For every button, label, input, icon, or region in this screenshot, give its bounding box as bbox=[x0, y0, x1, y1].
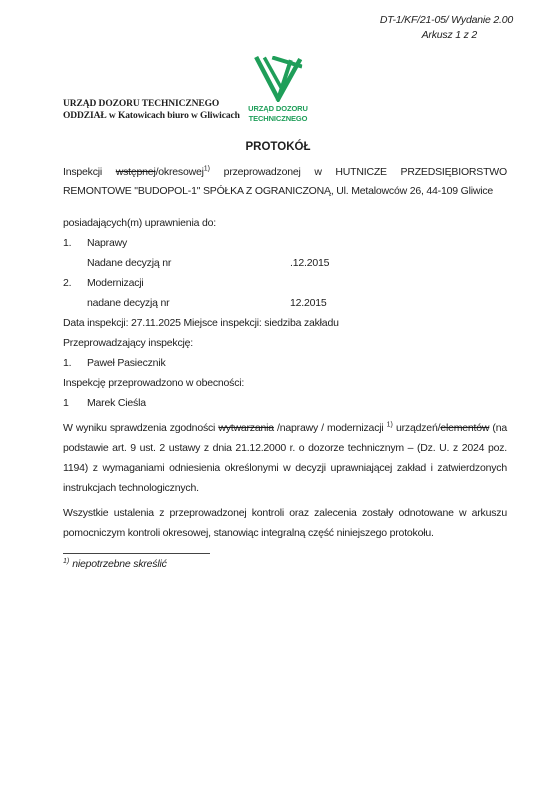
result-seg3: urządzeń/ bbox=[393, 422, 440, 434]
decision-date: .12.2015 bbox=[290, 253, 329, 273]
witnesses-heading: Inspekcję przeprowadzono w obecności: bbox=[63, 373, 507, 393]
document-body: Inspekcji wstępnej/okresowej1) przeprowa… bbox=[0, 163, 556, 571]
findings-paragraph: Wszystkie ustalenia z przeprowadzonej ko… bbox=[63, 503, 507, 543]
footnote-marker: 1) bbox=[63, 558, 69, 565]
inspection-date-line: Data inspekcji: 27.11.2025 Miejsce inspe… bbox=[63, 313, 507, 333]
office-name: URZĄD DOZORU TECHNICZNEGO bbox=[63, 98, 240, 110]
office-branch: ODDZIAŁ w Katowicach biuro w Gliwicach bbox=[63, 110, 240, 122]
authorization-item: 2.Modernizacji bbox=[63, 273, 507, 293]
item-label: Naprawy bbox=[87, 237, 127, 249]
item-label: Modernizacji bbox=[87, 277, 144, 289]
udt-logo-caption-line2: TECHNICZNEGO bbox=[248, 114, 308, 124]
item-number: 1. bbox=[63, 233, 87, 253]
sheet-number: Arkusz 1 z 2 bbox=[0, 28, 513, 43]
footnote-divider bbox=[63, 553, 210, 554]
protocol-page: DT-1/KF/21-05/ Wydanie 2.00 Arkusz 1 z 2… bbox=[0, 0, 556, 786]
authorization-item: 1.Naprawy bbox=[63, 233, 507, 253]
intro-seg1: Inspekcji bbox=[63, 166, 116, 178]
udt-logo-caption: URZĄD DOZORU TECHNICZNEGO bbox=[248, 104, 308, 124]
authorizations-heading: posiadających(m) uprawnienia do: bbox=[63, 213, 507, 233]
doc-reference-block: DT-1/KF/21-05/ Wydanie 2.00 Arkusz 1 z 2 bbox=[0, 0, 556, 43]
decision-date: 12.2015 bbox=[290, 293, 327, 313]
inspector-name: Paweł Pasiecznik bbox=[87, 357, 166, 369]
footnote-block: 1)niepotrzebne skreślić bbox=[63, 553, 507, 571]
authorization-decision-row: nadane decyzją nr12.2015 bbox=[63, 293, 507, 313]
witness-name: Marek Cieśla bbox=[87, 397, 146, 409]
item-number: 1. bbox=[63, 353, 87, 373]
witness-row: 1Marek Cieśla bbox=[63, 393, 507, 413]
udt-logo-icon bbox=[254, 56, 302, 102]
intro-struck-word: wstępnej bbox=[116, 166, 156, 178]
decision-label: nadane decyzją nr bbox=[87, 297, 169, 309]
doc-reference: DT-1/KF/21-05/ Wydanie 2.00 bbox=[0, 13, 513, 28]
result-struck-word2: elementów bbox=[440, 422, 489, 434]
result-paragraph: W wyniku sprawdzenia zgodności wytwarzan… bbox=[63, 418, 507, 498]
inspectors-heading: Przeprowadzający inspekcję: bbox=[63, 333, 507, 353]
page-title: PROTOKÓŁ bbox=[0, 140, 556, 154]
item-number: 2. bbox=[63, 273, 87, 293]
result-struck-word1: wytwarzania bbox=[218, 422, 274, 434]
item-number: 1 bbox=[63, 393, 87, 413]
decision-label: Nadane decyzją nr bbox=[87, 257, 171, 269]
office-header: URZĄD DOZORU TECHNICZNEGO ODDZIAŁ w Kato… bbox=[63, 98, 240, 122]
footnote-label: niepotrzebne skreślić bbox=[72, 558, 166, 570]
udt-logo-block: URZĄD DOZORU TECHNICZNEGO bbox=[248, 52, 308, 124]
footnote-text: 1)niepotrzebne skreślić bbox=[63, 557, 507, 571]
result-seg1: W wyniku sprawdzenia zgodności bbox=[63, 422, 218, 434]
intro-paragraph: Inspekcji wstępnej/okresowej1) przeprowa… bbox=[63, 163, 507, 201]
udt-logo-caption-line1: URZĄD DOZORU bbox=[248, 104, 308, 114]
intro-seg2: /okresowej bbox=[156, 166, 204, 178]
inspector-row: 1.Paweł Pasiecznik bbox=[63, 353, 507, 373]
authorization-decision-row: Nadane decyzją nr.12.2015 bbox=[63, 253, 507, 273]
header-logo-area: URZĄD DOZORU TECHNICZNEGO ODDZIAŁ w Kato… bbox=[0, 52, 556, 134]
result-seg2: /naprawy / modernizacji bbox=[274, 422, 387, 434]
